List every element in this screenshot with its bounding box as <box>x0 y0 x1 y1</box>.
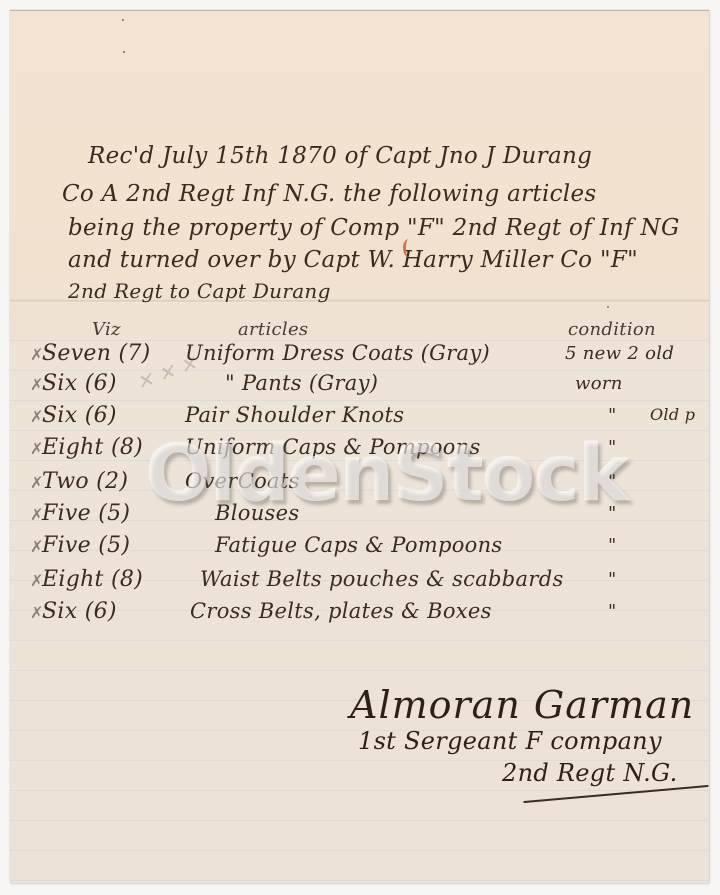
item-row: ✗ Eight (8) Waist Belts pouches & scabba… <box>10 567 709 597</box>
item-article: OverCoats <box>185 469 300 493</box>
item-article: Blouses <box>215 501 299 525</box>
document-paper: Rec'd July 15th 1870 of Capt Jno J Duran… <box>10 10 709 883</box>
item-article: Uniform Caps & Pompoons <box>185 435 481 459</box>
item-article: Fatigue Caps & Pompoons <box>215 533 503 557</box>
item-row: ✗ Six (6) " Pants (Gray) worn <box>10 371 709 401</box>
item-quantity: Six (6) <box>42 599 117 624</box>
item-condition: " <box>608 569 617 590</box>
item-quantity: Five (5) <box>42 533 130 558</box>
item-article: Cross Belts, plates & Boxes <box>190 599 492 623</box>
item-condition: " <box>608 601 617 622</box>
item-condition: " <box>608 405 617 426</box>
column-header-articles: articles <box>238 319 308 340</box>
item-row: ✗ Seven (7) Uniform Dress Coats (Gray) 5… <box>10 341 709 371</box>
signature-unit: 2nd Regt N.G. <box>502 759 678 787</box>
item-condition: " <box>608 535 617 556</box>
item-quantity: Five (5) <box>42 501 130 526</box>
item-quantity: Eight (8) <box>42 567 143 592</box>
item-quantity: Six (6) <box>42 371 117 396</box>
item-condition: 5 new 2 old <box>565 343 674 364</box>
item-row: ✗ Five (5) Fatigue Caps & Pompoons " <box>10 533 709 563</box>
receipt-line-5: 2nd Regt to Capt Durang <box>68 279 331 303</box>
item-condition: " <box>608 503 617 524</box>
item-condition: " <box>608 437 617 458</box>
receipt-line-4: and turned over by Capt W. Harry Miller … <box>68 247 638 273</box>
item-quantity: Seven (7) <box>42 341 151 366</box>
item-row: ✗ Eight (8) Uniform Caps & Pompoons " <box>10 435 709 465</box>
column-header-condition: condition <box>568 319 656 340</box>
red-ink-mark <box>403 239 414 257</box>
item-quantity: Eight (8) <box>42 435 143 460</box>
paper-speck <box>122 19 124 21</box>
paper-speck <box>607 306 609 308</box>
item-condition: worn <box>575 373 623 394</box>
receipt-line-2: Co A 2nd Regt Inf N.G. the following art… <box>62 181 596 207</box>
item-condition-note: Old p <box>650 405 695 424</box>
item-article: Uniform Dress Coats (Gray) <box>185 341 490 365</box>
item-row: ✗ Six (6) Pair Shoulder Knots " Old p <box>10 403 709 433</box>
item-quantity: Two (2) <box>42 469 128 494</box>
item-row: ✗ Five (5) Blouses " <box>10 501 709 531</box>
receipt-line-1: Rec'd July 15th 1870 of Capt Jno J Duran… <box>88 143 592 169</box>
item-condition: " <box>608 471 617 492</box>
column-header-viz: Viz <box>92 319 121 340</box>
item-article: Pair Shoulder Knots <box>185 403 404 427</box>
paper-speck <box>123 51 125 53</box>
item-row: ✗ Two (2) OverCoats " <box>10 469 709 499</box>
item-article: " Pants (Gray) <box>225 371 378 395</box>
item-article: Waist Belts pouches & scabbards <box>200 567 564 591</box>
signature-name: Almoran Garman <box>350 683 694 727</box>
item-row: ✗ Six (6) Cross Belts, plates & Boxes " <box>10 599 709 629</box>
signature-title: 1st Sergeant F company <box>358 727 662 755</box>
receipt-line-3: being the property of Comp "F" 2nd Regt … <box>68 215 680 241</box>
item-quantity: Six (6) <box>42 403 117 428</box>
